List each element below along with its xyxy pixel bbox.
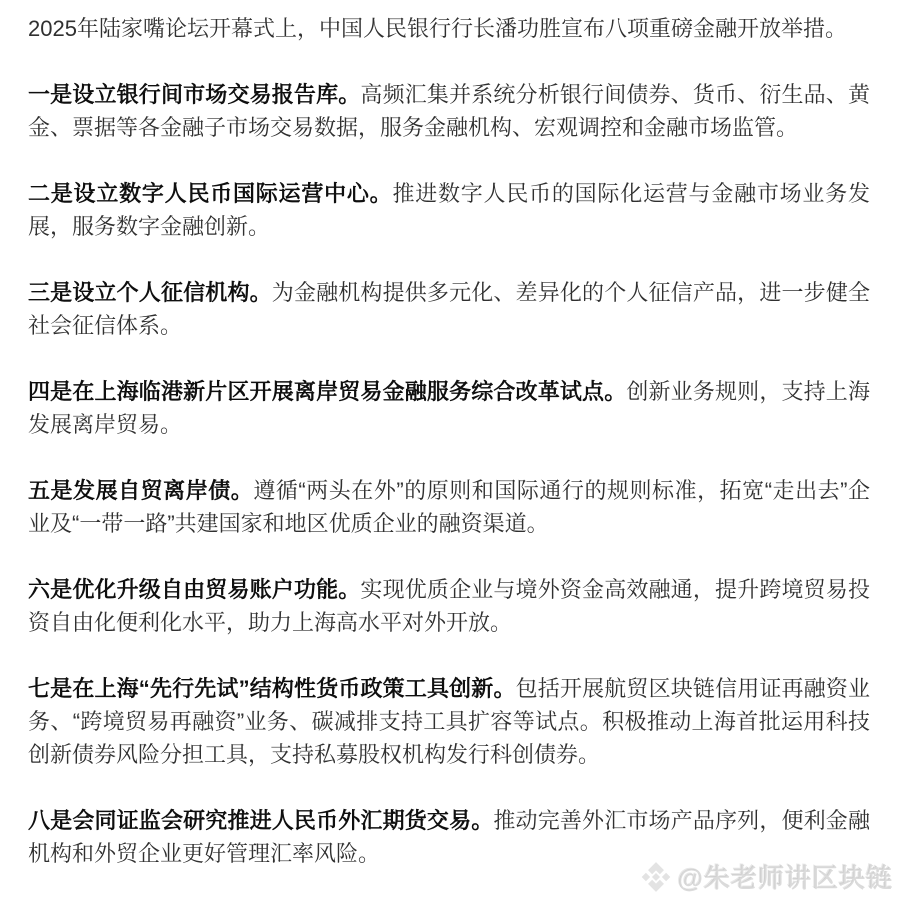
policy-lead-8: 八是会同证监会研究推进人民币外汇期货交易。 bbox=[28, 808, 493, 833]
policy-lead-2: 二是设立数字人民币国际运营中心。 bbox=[28, 181, 392, 206]
policy-paragraph-3: 三是设立个人征信机构。为金融机构提供多元化、差异化的个人征信产品，进一步健全社会… bbox=[28, 276, 870, 342]
policy-paragraph-5: 五是发展自贸离岸债。遵循“两头在外”的原则和国际通行的规则标准，拓宽“走出去”企… bbox=[28, 474, 870, 540]
policy-paragraph-7: 七是在上海“先行先试”结构性货币政策工具创新。包括开展航贸区块链信用证再融资业务… bbox=[28, 672, 870, 771]
article: 2025年陆家嘴论坛开幕式上，中国人民银行行长潘功胜宣布八项重磅金融开放举措。 … bbox=[0, 0, 898, 870]
policy-paragraph-6: 六是优化升级自由贸易账户功能。实现优质企业与境外资金高效融通，提升跨境贸易投资自… bbox=[28, 573, 870, 639]
intro-text: 2025年陆家嘴论坛开幕式上，中国人民银行行长潘功胜宣布八项重磅金融开放举措。 bbox=[28, 16, 847, 41]
policy-paragraph-8: 八是会同证监会研究推进人民币外汇期货交易。推动完善外汇市场产品序列，便利金融机构… bbox=[28, 804, 870, 870]
policy-paragraph-1: 一是设立银行间市场交易报告库。高频汇集并系统分析银行间债券、货币、衍生品、黄金、… bbox=[28, 78, 870, 144]
policy-lead-6: 六是优化升级自由贸易账户功能。 bbox=[28, 577, 360, 602]
policy-lead-7: 七是在上海“先行先试”结构性货币政策工具创新。 bbox=[28, 676, 516, 701]
article-page: 2025年陆家嘴论坛开幕式上，中国人民银行行长潘功胜宣布八项重磅金融开放举措。 … bbox=[0, 0, 898, 900]
policy-lead-3: 三是设立个人征信机构。 bbox=[28, 280, 272, 305]
policy-lead-1: 一是设立银行间市场交易报告库。 bbox=[28, 82, 360, 107]
policy-lead-4: 四是在上海临港新片区开展离岸贸易金融服务综合改革试点。 bbox=[28, 379, 626, 404]
intro-paragraph: 2025年陆家嘴论坛开幕式上，中国人民银行行长潘功胜宣布八项重磅金融开放举措。 bbox=[28, 12, 870, 45]
policy-lead-5: 五是发展自贸离岸债。 bbox=[28, 478, 253, 503]
policy-paragraph-2: 二是设立数字人民币国际运营中心。推进数字人民币的国际化运营与金融市场业务发展，服… bbox=[28, 177, 870, 243]
policy-paragraph-4: 四是在上海临港新片区开展离岸贸易金融服务综合改革试点。创新业务规则，支持上海发展… bbox=[28, 375, 870, 441]
